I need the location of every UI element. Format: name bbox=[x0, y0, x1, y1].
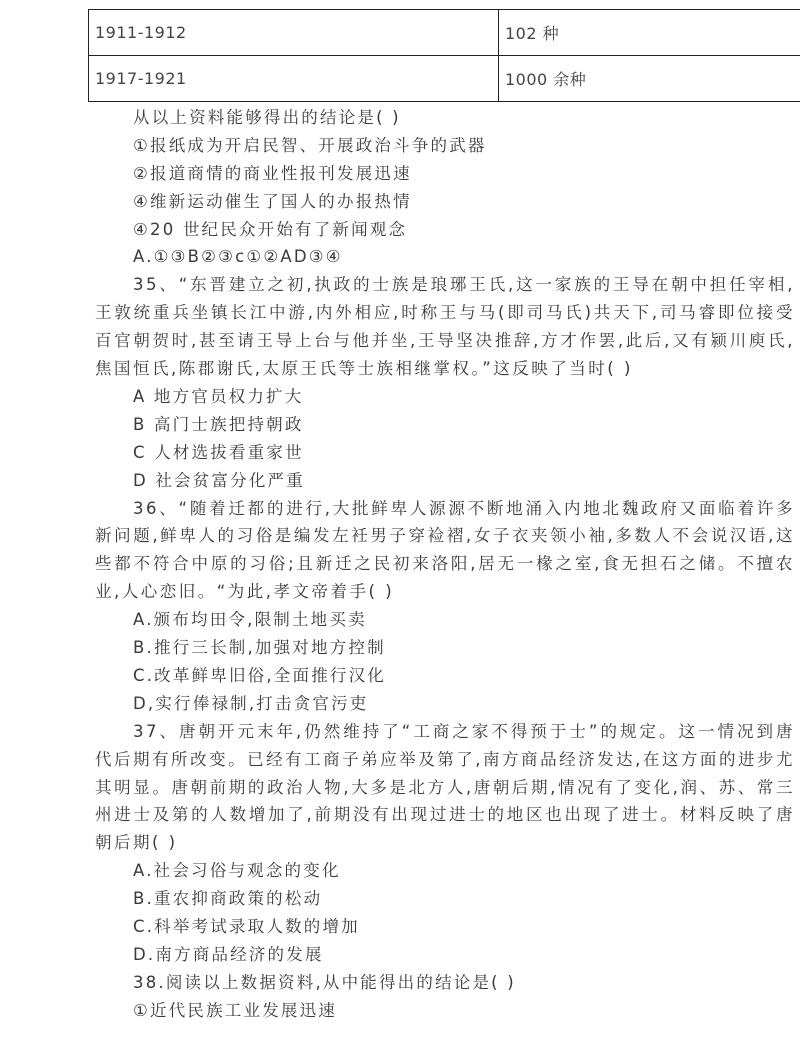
document-body: 从以上资料能够得出的结论是( ) ①报纸成为开启民智、开展政治斗争的武器 ②报道… bbox=[95, 104, 795, 1025]
table-row: 1917-1921 1000 余种 bbox=[89, 56, 800, 102]
table-cell-period: 1911-1912 bbox=[89, 10, 499, 56]
data-table: 1911-1912 102 种 1917-1921 1000 余种 bbox=[88, 9, 800, 102]
question-35: 35、“东晋建立之初,执政的士族是琅琊王氏,这一家族的王导在朝中担任宰相,王敦统… bbox=[95, 271, 795, 494]
answer-option-d: D.南方商品经济的发展 bbox=[95, 941, 795, 969]
table-row: 1911-1912 102 种 bbox=[89, 10, 800, 56]
answer-option-a: A 地方官员权力扩大 bbox=[95, 383, 795, 411]
answer-option-c: C 人材选拔看重家世 bbox=[95, 439, 795, 467]
question-34: 从以上资料能够得出的结论是( ) ①报纸成为开启民智、开展政治斗争的武器 ②报道… bbox=[95, 104, 795, 271]
answer-option-c: C.改革鲜卑旧俗,全面推行汉化 bbox=[95, 662, 795, 690]
answer-option-d: D 社会贫富分化严重 bbox=[95, 467, 795, 495]
question-stem: 36、“随着迁都的进行,大批鲜卑人源源不断地涌入内地北魏政府又面临着许多新问题,… bbox=[95, 495, 795, 607]
answer-option-d: D,实行俸禄制,打击贪官污吏 bbox=[95, 690, 795, 718]
table-cell-count: 102 种 bbox=[499, 10, 800, 56]
question-37: 37、唐朝开元末年,仍然维持了“工商之家不得预于士”的规定。这一情况到唐代后期有… bbox=[95, 718, 795, 969]
table-cell-count: 1000 余种 bbox=[499, 56, 800, 102]
answer-option-a: A.颁布均田令,限制土地买卖 bbox=[95, 606, 795, 634]
table-cell-period: 1917-1921 bbox=[89, 56, 499, 102]
answer-options: A.①③B②③c①②AD③④ bbox=[95, 243, 795, 271]
answer-option-b: B.重农抑商政策的松动 bbox=[95, 885, 795, 913]
question-36: 36、“随着迁都的进行,大批鲜卑人源源不断地涌入内地北魏政府又面临着许多新问题,… bbox=[95, 495, 795, 718]
question-stem: 37、唐朝开元末年,仍然维持了“工商之家不得预于士”的规定。这一情况到唐代后期有… bbox=[95, 718, 795, 858]
answer-option-b: B.推行三长制,加强对地方控制 bbox=[95, 634, 795, 662]
question-stem: 35、“东晋建立之初,执政的士族是琅琊王氏,这一家族的王导在朝中担任宰相,王敦统… bbox=[95, 271, 795, 383]
statement-item: ①近代民族工业发展迅速 bbox=[95, 997, 795, 1025]
statement-item: ④维新运动催生了国人的办报热情 bbox=[95, 188, 795, 216]
question-prompt: 38.阅读以上数据资料,从中能得出的结论是( ) bbox=[95, 969, 795, 997]
statement-item: ①报纸成为开启民智、开展政治斗争的武器 bbox=[95, 132, 795, 160]
answer-option-b: B 高门士族把持朝政 bbox=[95, 411, 795, 439]
statement-item: ②报道商情的商业性报刊发展迅速 bbox=[95, 160, 795, 188]
answer-option-a: A.社会习俗与观念的变化 bbox=[95, 857, 795, 885]
question-38: 38.阅读以上数据资料,从中能得出的结论是( ) ①近代民族工业发展迅速 bbox=[95, 969, 795, 1025]
question-prompt: 从以上资料能够得出的结论是( ) bbox=[95, 104, 795, 132]
answer-option-c: C.科举考试录取人数的增加 bbox=[95, 913, 795, 941]
statement-item: ④20 世纪民众开始有了新闻观念 bbox=[95, 216, 795, 244]
